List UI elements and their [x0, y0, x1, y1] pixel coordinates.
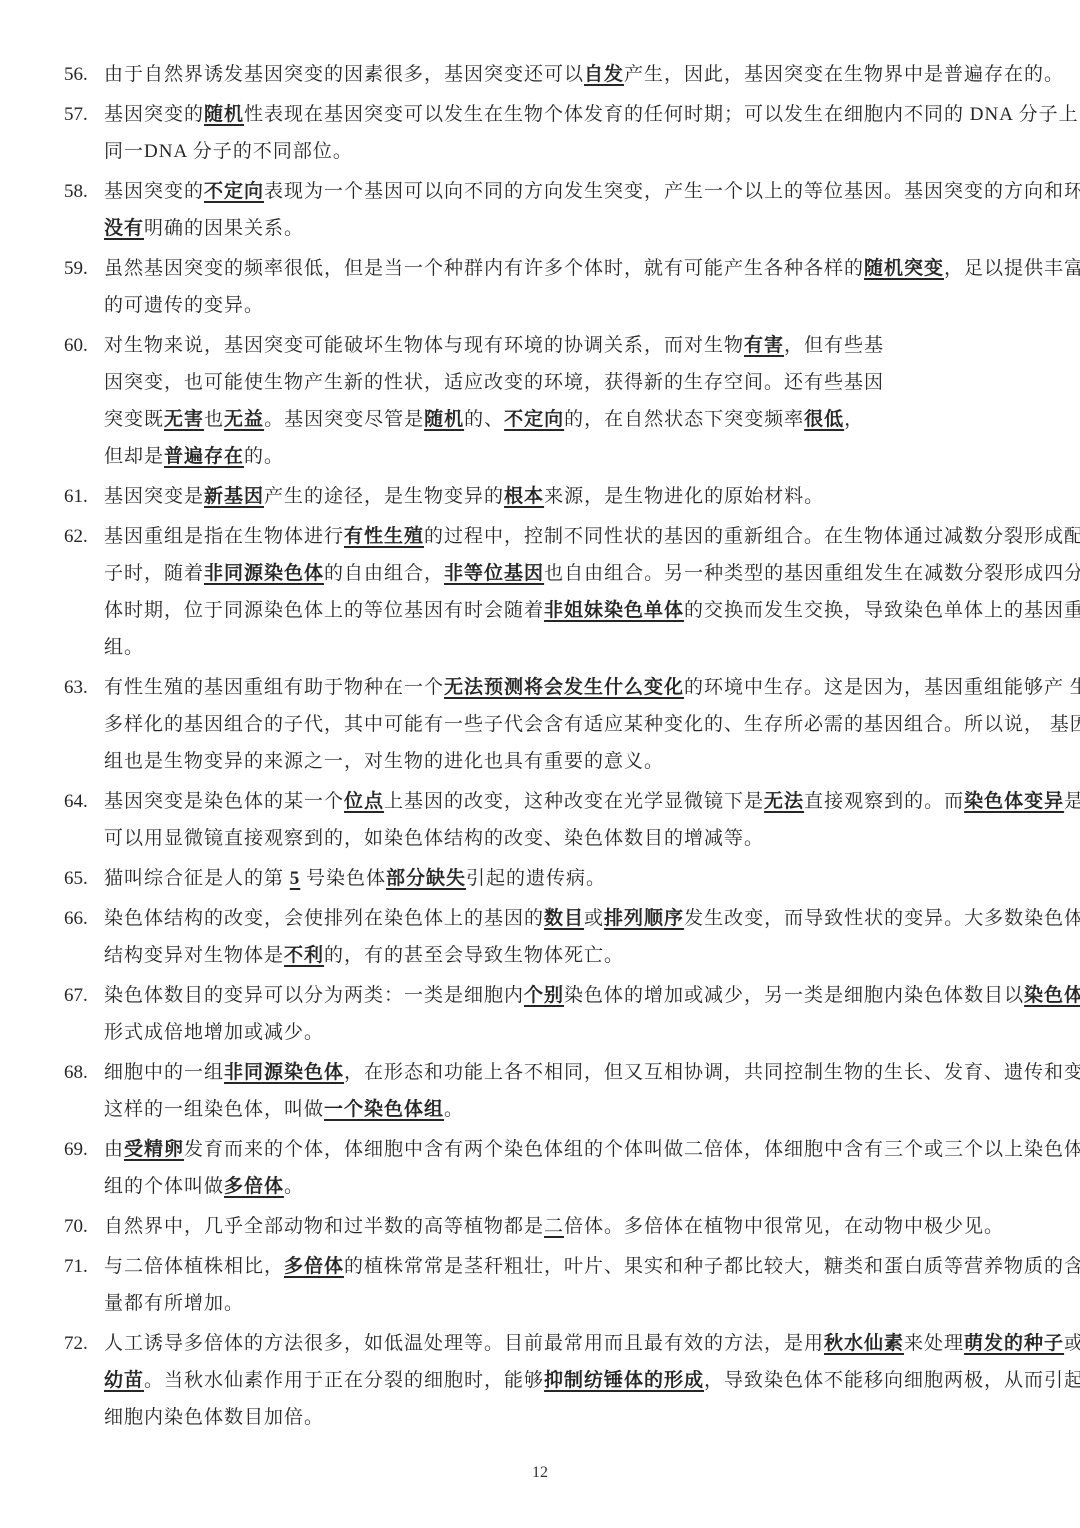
text-line: 因突变，也可能使生物产生新的性状，适应改变的环境，获得新的生存空间。还有些基因 [104, 364, 1024, 401]
text-run: 发育而来的个体，体细胞中含有两个染色体组的个体叫做二倍体，体细胞中含有三个或三个… [184, 1139, 1080, 1160]
text-run: 发生改变，而导致性状的变异。大多数染色体 [684, 908, 1080, 929]
text-line: 多样化的基因组合的子代，其中可能有一些子代会含有适应某种变化的、生存所必需的基因… [104, 706, 1024, 743]
item-number: 63. [64, 669, 104, 706]
item-number: 71. [64, 1248, 104, 1285]
text-run: 有性生殖的基因重组有助于物种在一个 [104, 677, 444, 698]
key-term: 无法 [764, 791, 804, 812]
list-item: 57.基因突变的随机性表现在基因突变可以发生在生物个体发育的任何时期；可以发生在… [64, 96, 1024, 170]
text-line: 自然界中，几乎全部动物和过半数的高等植物都是二倍体。多倍体在植物中很常见，在动物… [104, 1208, 1024, 1245]
key-term: 萌发的种子 [964, 1333, 1064, 1354]
item-number: 62. [64, 518, 104, 555]
text-run: 组的个体叫做 [104, 1176, 224, 1197]
text-line: 没有明确的因果关系。 [104, 210, 1024, 247]
list-item: 56.由于自然界诱发基因突变的因素很多，基因突变还可以自发产生，因此，基因突变在… [64, 56, 1024, 93]
text-run: ， [844, 409, 864, 430]
text-run: 细胞中的一组 [104, 1062, 224, 1083]
list-item: 63.有性生殖的基因重组有助于物种在一个无法预测将会发生什么变化的环境中生存。这… [64, 669, 1024, 780]
list-item: 70.自然界中，几乎全部动物和过半数的高等植物都是二倍体。多倍体在植物中很常见，… [64, 1208, 1024, 1245]
text-run: 由于自然界诱发基因突变的因素很多，基因突变还可以 [104, 64, 584, 85]
text-run: 染色体结构的改变，会使排列在染色体上的基因的 [104, 908, 544, 929]
text-run: 上基因的改变，这种改变在光学显微镜下是 [384, 791, 764, 812]
text-run: 由 [104, 1139, 124, 1160]
key-term: 新基因 [204, 486, 264, 507]
text-line: 基因突变的不定向表现为一个基因可以向不同的方向发生突变，产生一个以上的等位基因。… [104, 173, 1024, 210]
item-text: 染色体结构的改变，会使排列在染色体上的基因的数目或排列顺序发生改变，而导致性状的… [104, 900, 1024, 974]
text-line: 基因重组是指在生物体进行有性生殖的过程中，控制不同性状的基因的重新组合。在生物体… [104, 518, 1024, 555]
key-term: 不利 [284, 945, 324, 966]
list-item: 65.猫叫综合征是人的第 5 号染色体部分缺失引起的遗传病。 [64, 860, 1024, 897]
list-item: 60.对生物来说，基因突变可能破坏生物体与现有环境的协调关系，而对生物有害，但有… [64, 327, 1024, 475]
text-run: 基因突变是 [104, 486, 204, 507]
key-term: 没有 [104, 218, 144, 239]
text-run: 形式成倍地增加或减少。 [104, 1022, 324, 1043]
text-run: 倍体。多倍体在植物中很常见，在动物中极少见。 [564, 1216, 1004, 1237]
text-run: ，在形态和功能上各不相同，但又互相协调，共同控制生物的生长、发育、遗传和变异， [344, 1062, 1080, 1083]
text-line: 体时期，位于同源染色体上的等位基因有时会随着非姐妹染色单体的交换而发生交换，导致… [104, 592, 1024, 629]
list-item: 58.基因突变的不定向表现为一个基因可以向不同的方向发生突变，产生一个以上的等位… [64, 173, 1024, 247]
item-number: 58. [64, 173, 104, 210]
text-run: 的、 [464, 409, 504, 430]
text-run: 。 [444, 1099, 464, 1120]
text-run: 或 [1064, 1333, 1080, 1354]
key-term: 非同源染色体 [224, 1062, 344, 1083]
key-term: 多倍体 [224, 1176, 284, 1197]
text-run: ，足以提供丰富 [944, 258, 1080, 279]
text-run: 。 [284, 1176, 304, 1197]
list-item: 71.与二倍体植株相比，多倍体的植株常常是茎秆粗壮，叶片、果实和种子都比较大，糖… [64, 1248, 1024, 1322]
text-run: 染色体的增加或减少，另一类是细胞内染色体数目以 [564, 985, 1024, 1006]
text-run: 突变既 [104, 409, 164, 430]
page-number: 12 [0, 1464, 1080, 1482]
item-number: 59. [64, 250, 104, 287]
text-line: 组的个体叫做多倍体。 [104, 1168, 1024, 1205]
item-text: 细胞中的一组非同源染色体，在形态和功能上各不相同，但又互相协调，共同控制生物的生… [104, 1054, 1024, 1128]
text-line: 由受精卵发育而来的个体，体细胞中含有两个染色体组的个体叫做二倍体，体细胞中含有三… [104, 1131, 1024, 1168]
text-run: 号染色体 [300, 868, 386, 889]
text-run: 。当秋水仙素作用于正在分裂的细胞时，能够 [144, 1370, 544, 1391]
key-term: 无益 [224, 409, 264, 430]
text-run: 组。 [104, 637, 144, 658]
item-number: 66. [64, 900, 104, 937]
text-run: 基因突变是染色体的某一个 [104, 791, 344, 812]
key-term: 普遍存在 [164, 446, 244, 467]
text-line: 子时，随着非同源染色体的自由组合，非等位基因也自由组合。另一种类型的基因重组发生… [104, 555, 1024, 592]
text-run: 虽然基因突变的频率很低，但是当一个种群内有许多个体时，就有可能产生各种各样的 [104, 258, 864, 279]
key-term: 受精卵 [124, 1139, 184, 1160]
item-text: 基因重组是指在生物体进行有性生殖的过程中，控制不同性状的基因的重新组合。在生物体… [104, 518, 1024, 666]
text-run: 的过程中，控制不同性状的基因的重新组合。在生物体通过减数分裂形成配 [424, 526, 1080, 547]
text-run: 细胞内染色体数目加倍。 [104, 1407, 324, 1428]
text-line: 与二倍体植株相比，多倍体的植株常常是茎秆粗壮，叶片、果实和种子都比较大，糖类和蛋… [104, 1248, 1024, 1285]
item-text: 基因突变是新基因产生的途径，是生物变异的根本来源，是生物进化的原始材料。 [104, 478, 1024, 515]
text-run: 产生，因此，基因突变在生物界中是普遍存在的。 [624, 64, 1064, 85]
text-run: 是 [1064, 791, 1080, 812]
item-number: 67. [64, 977, 104, 1014]
list-item: 69.由受精卵发育而来的个体，体细胞中含有两个染色体组的个体叫做二倍体，体细胞中… [64, 1131, 1024, 1205]
text-run: 也自由组合。另一种类型的基因重组发生在减数分裂形成四分 [544, 563, 1080, 584]
key-term: 二 [544, 1216, 564, 1237]
text-line: 形式成倍地增加或减少。 [104, 1014, 1024, 1051]
key-term: 无法预测将会发生什么变化 [444, 677, 684, 698]
text-run: 的环境中生存。这是因为，基因重组能够产 生 [684, 677, 1080, 698]
key-term: 无害 [164, 409, 204, 430]
item-number: 61. [64, 478, 104, 515]
text-line: 染色体数目的变异可以分为两类：一类是细胞内个别染色体的增加或减少，另一类是细胞内… [104, 977, 1024, 1014]
key-term: 个别 [524, 985, 564, 1006]
text-run: 的，有的甚至会导致生物体死亡。 [324, 945, 624, 966]
text-run: 自然界中，几乎全部动物和过半数的高等植物都是 [104, 1216, 544, 1237]
item-number: 68. [64, 1054, 104, 1091]
key-term: 秋水仙素 [824, 1333, 904, 1354]
text-run: 或 [584, 908, 604, 929]
text-line: 虽然基因突变的频率很低，但是当一个种群内有许多个体时，就有可能产生各种各样的随机… [104, 250, 1024, 287]
text-line: 组。 [104, 629, 1024, 666]
text-line: 由于自然界诱发基因突变的因素很多，基因突变还可以自发产生，因此，基因突变在生物界… [104, 56, 1024, 93]
text-line: 细胞中的一组非同源染色体，在形态和功能上各不相同，但又互相协调，共同控制生物的生… [104, 1054, 1024, 1091]
list-item: 72.人工诱导多倍体的方法很多，如低温处理等。目前最常用而且最有效的方法，是用秋… [64, 1325, 1024, 1436]
text-line: 基因突变是染色体的某一个位点上基因的改变，这种改变在光学显微镜下是无法直接观察到… [104, 783, 1024, 820]
text-run: 结构变异对生物体是 [104, 945, 284, 966]
item-number: 57. [64, 96, 104, 133]
list-item: 62.基因重组是指在生物体进行有性生殖的过程中，控制不同性状的基因的重新组合。在… [64, 518, 1024, 666]
text-line: 对生物来说，基因突变可能破坏生物体与现有环境的协调关系，而对生物有害，但有些基 [104, 327, 1024, 364]
text-run: 的。 [244, 446, 284, 467]
item-number: 60. [64, 327, 104, 364]
list-item: 67.染色体数目的变异可以分为两类：一类是细胞内个别染色体的增加或减少，另一类是… [64, 977, 1024, 1051]
text-run: 。基因突变尽管是 [264, 409, 424, 430]
key-term: 染色体变异 [964, 791, 1064, 812]
item-text: 基因突变的随机性表现在基因突变可以发生在生物个体发育的任何时期；可以发生在细胞内… [104, 96, 1024, 170]
key-term: 根本 [504, 486, 544, 507]
text-run: 的自由组合， [324, 563, 444, 584]
text-run: 产生的途径，是生物变异的 [264, 486, 504, 507]
text-run: 可以用显微镜直接观察到的，如染色体结构的改变、染色体数目的增减等。 [104, 828, 764, 849]
text-line: 猫叫综合征是人的第 5 号染色体部分缺失引起的遗传病。 [104, 860, 1024, 897]
item-text: 由受精卵发育而来的个体，体细胞中含有两个染色体组的个体叫做二倍体，体细胞中含有三… [104, 1131, 1024, 1205]
item-number: 64. [64, 783, 104, 820]
text-line: 突变既无害也无益。基因突变尽管是随机的、不定向的，在自然状态下突变频率很低， [104, 401, 1024, 438]
item-text: 虽然基因突变的频率很低，但是当一个种群内有许多个体时，就有可能产生各种各样的随机… [104, 250, 1024, 324]
key-term: 幼苗 [104, 1370, 144, 1391]
text-run: 来源，是生物进化的原始材料。 [544, 486, 824, 507]
text-run: 基因突变的 [104, 104, 204, 125]
list-item: 66.染色体结构的改变，会使排列在染色体上的基因的数目或排列顺序发生改变，而导致… [64, 900, 1024, 974]
text-line: 的可遗传的变异。 [104, 287, 1024, 324]
text-run: 体时期，位于同源染色体上的等位基因有时会随着 [104, 600, 544, 621]
text-run: 来处理 [904, 1333, 964, 1354]
text-run: 同一DNA 分子的不同部位。 [104, 141, 353, 162]
key-term: 有害 [744, 335, 784, 356]
text-run: 组也是生物变异的来源之一，对生物的进化也具有重要的意义。 [104, 751, 664, 772]
text-line: 同一DNA 分子的不同部位。 [104, 133, 1024, 170]
text-run: 量都有所增加。 [104, 1293, 244, 1314]
text-run: ，导致染色体不能移向细胞两极，从而引起 [704, 1370, 1080, 1391]
text-run: 与二倍体植株相比， [104, 1256, 284, 1277]
text-run: 染色体数目的变异可以分为两类：一类是细胞内 [104, 985, 524, 1006]
text-run: 的可遗传的变异。 [104, 295, 264, 316]
text-line: 染色体结构的改变，会使排列在染色体上的基因的数目或排列顺序发生改变，而导致性状的… [104, 900, 1024, 937]
text-run: 的交换而发生交换，导致染色单体上的基因重 [684, 600, 1080, 621]
text-line: 基因突变的随机性表现在基因突变可以发生在生物个体发育的任何时期；可以发生在细胞内… [104, 96, 1024, 133]
items-list: 56.由于自然界诱发基因突变的因素很多，基因突变还可以自发产生，因此，基因突变在… [64, 56, 1024, 1436]
text-run: 基因突变的 [104, 181, 204, 202]
text-line: 人工诱导多倍体的方法很多，如低温处理等。目前最常用而且最有效的方法，是用秋水仙素… [104, 1325, 1024, 1362]
text-run: 也 [204, 409, 224, 430]
text-run: 的植株常常是茎秆粗壮，叶片、果实和种子都比较大，糖类和蛋白质等营养物质的含 [344, 1256, 1080, 1277]
text-line: 这样的一组染色体，叫做一个染色体组。 [104, 1091, 1024, 1128]
key-term: 非姐妹染色单体 [544, 600, 684, 621]
key-term: 随机突变 [864, 258, 944, 279]
text-run: 基因重组是指在生物体进行 [104, 526, 344, 547]
item-text: 基因突变的不定向表现为一个基因可以向不同的方向发生突变，产生一个以上的等位基因。… [104, 173, 1024, 247]
key-term: 有性生殖 [344, 526, 424, 547]
text-run: 直接观察到的。而 [804, 791, 964, 812]
item-text: 基因突变是染色体的某一个位点上基因的改变，这种改变在光学显微镜下是无法直接观察到… [104, 783, 1024, 857]
item-text: 猫叫综合征是人的第 5 号染色体部分缺失引起的遗传病。 [104, 860, 1024, 897]
item-number: 72. [64, 1325, 104, 1362]
key-term: 自发 [584, 64, 624, 85]
document-page: 56.由于自然界诱发基因突变的因素很多，基因突变还可以自发产生，因此，基因突变在… [0, 0, 1080, 1528]
text-run: 多样化的基因组合的子代，其中可能有一些子代会含有适应某种变化的、生存所必需的基因… [104, 714, 1080, 735]
key-term: 位点 [344, 791, 384, 812]
item-text: 由于自然界诱发基因突变的因素很多，基因突变还可以自发产生，因此，基因突变在生物界… [104, 56, 1024, 93]
key-term: 一个染色体组 [324, 1099, 444, 1120]
list-item: 61.基因突变是新基因产生的途径，是生物变异的根本来源，是生物进化的原始材料。 [64, 478, 1024, 515]
text-run: 但却是 [104, 446, 164, 467]
item-text: 染色体数目的变异可以分为两类：一类是细胞内个别染色体的增加或减少，另一类是细胞内… [104, 977, 1024, 1051]
text-line: 可以用显微镜直接观察到的，如染色体结构的改变、染色体数目的增减等。 [104, 820, 1024, 857]
text-run: 的，在自然状态下突变频率 [564, 409, 804, 430]
text-line: 量都有所增加。 [104, 1285, 1024, 1322]
item-text: 自然界中，几乎全部动物和过半数的高等植物都是二倍体。多倍体在植物中很常见，在动物… [104, 1208, 1024, 1245]
text-run: 人工诱导多倍体的方法很多，如低温处理等。目前最常用而且最有效的方法，是用 [104, 1333, 824, 1354]
item-number: 56. [64, 56, 104, 93]
text-run: 子时，随着 [104, 563, 204, 584]
key-term: 数目 [544, 908, 584, 929]
text-run: 表现为一个基因可以向不同的方向发生突变，产生一个以上的等位基因。基因突变的方向和… [264, 181, 1080, 202]
key-term: 染色体组 [1024, 985, 1080, 1006]
item-number: 69. [64, 1131, 104, 1168]
text-run: 猫叫综合征是人的第 [104, 868, 290, 889]
item-text: 人工诱导多倍体的方法很多，如低温处理等。目前最常用而且最有效的方法，是用秋水仙素… [104, 1325, 1024, 1436]
text-line: 细胞内染色体数目加倍。 [104, 1399, 1024, 1436]
text-line: 结构变异对生物体是不利的，有的甚至会导致生物体死亡。 [104, 937, 1024, 974]
key-term: 非等位基因 [444, 563, 544, 584]
key-term: 抑制纺锤体的形成 [544, 1370, 704, 1391]
text-run: 这样的一组染色体，叫做 [104, 1099, 324, 1120]
key-term: 部分缺失 [386, 868, 466, 889]
list-item: 68.细胞中的一组非同源染色体，在形态和功能上各不相同，但又互相协调，共同控制生… [64, 1054, 1024, 1128]
key-term: 随机 [424, 409, 464, 430]
item-text: 对生物来说，基因突变可能破坏生物体与现有环境的协调关系，而对生物有害，但有些基因… [104, 327, 1024, 475]
key-term: 5 [290, 868, 301, 889]
key-term: 不定向 [504, 409, 564, 430]
text-line: 基因突变是新基因产生的途径，是生物变异的根本来源，是生物进化的原始材料。 [104, 478, 1024, 515]
text-run: 因突变，也可能使生物产生新的性状，适应改变的环境，获得新的生存空间。还有些基因 [104, 372, 884, 393]
item-number: 65. [64, 860, 104, 897]
key-term: 不定向 [204, 181, 264, 202]
text-line: 有性生殖的基因重组有助于物种在一个无法预测将会发生什么变化的环境中生存。这是因为… [104, 669, 1024, 706]
key-term: 非同源染色体 [204, 563, 324, 584]
text-run: ，但有些基 [784, 335, 884, 356]
list-item: 64.基因突变是染色体的某一个位点上基因的改变，这种改变在光学显微镜下是无法直接… [64, 783, 1024, 857]
key-term: 随机 [204, 104, 244, 125]
text-run: 性表现在基因突变可以发生在生物个体发育的任何时期；可以发生在细胞内不同的 DNA… [244, 104, 1080, 125]
text-run: 对生物来说，基因突变可能破坏生物体与现有环境的协调关系，而对生物 [104, 335, 744, 356]
text-run: 引起的遗传病。 [466, 868, 606, 889]
item-text: 与二倍体植株相比，多倍体的植株常常是茎秆粗壮，叶片、果实和种子都比较大，糖类和蛋… [104, 1248, 1024, 1322]
item-text: 有性生殖的基因重组有助于物种在一个无法预测将会发生什么变化的环境中生存。这是因为… [104, 669, 1024, 780]
text-run: 明确的因果关系。 [144, 218, 304, 239]
item-number: 70. [64, 1208, 104, 1245]
key-term: 很低 [804, 409, 844, 430]
key-term: 多倍体 [284, 1256, 344, 1277]
text-line: 幼苗。当秋水仙素作用于正在分裂的细胞时，能够抑制纺锤体的形成，导致染色体不能移向… [104, 1362, 1024, 1399]
key-term: 排列顺序 [604, 908, 684, 929]
text-line: 但却是普遍存在的。 [104, 438, 1024, 475]
list-item: 59.虽然基因突变的频率很低，但是当一个种群内有许多个体时，就有可能产生各种各样… [64, 250, 1024, 324]
text-line: 组也是生物变异的来源之一，对生物的进化也具有重要的意义。 [104, 743, 1024, 780]
